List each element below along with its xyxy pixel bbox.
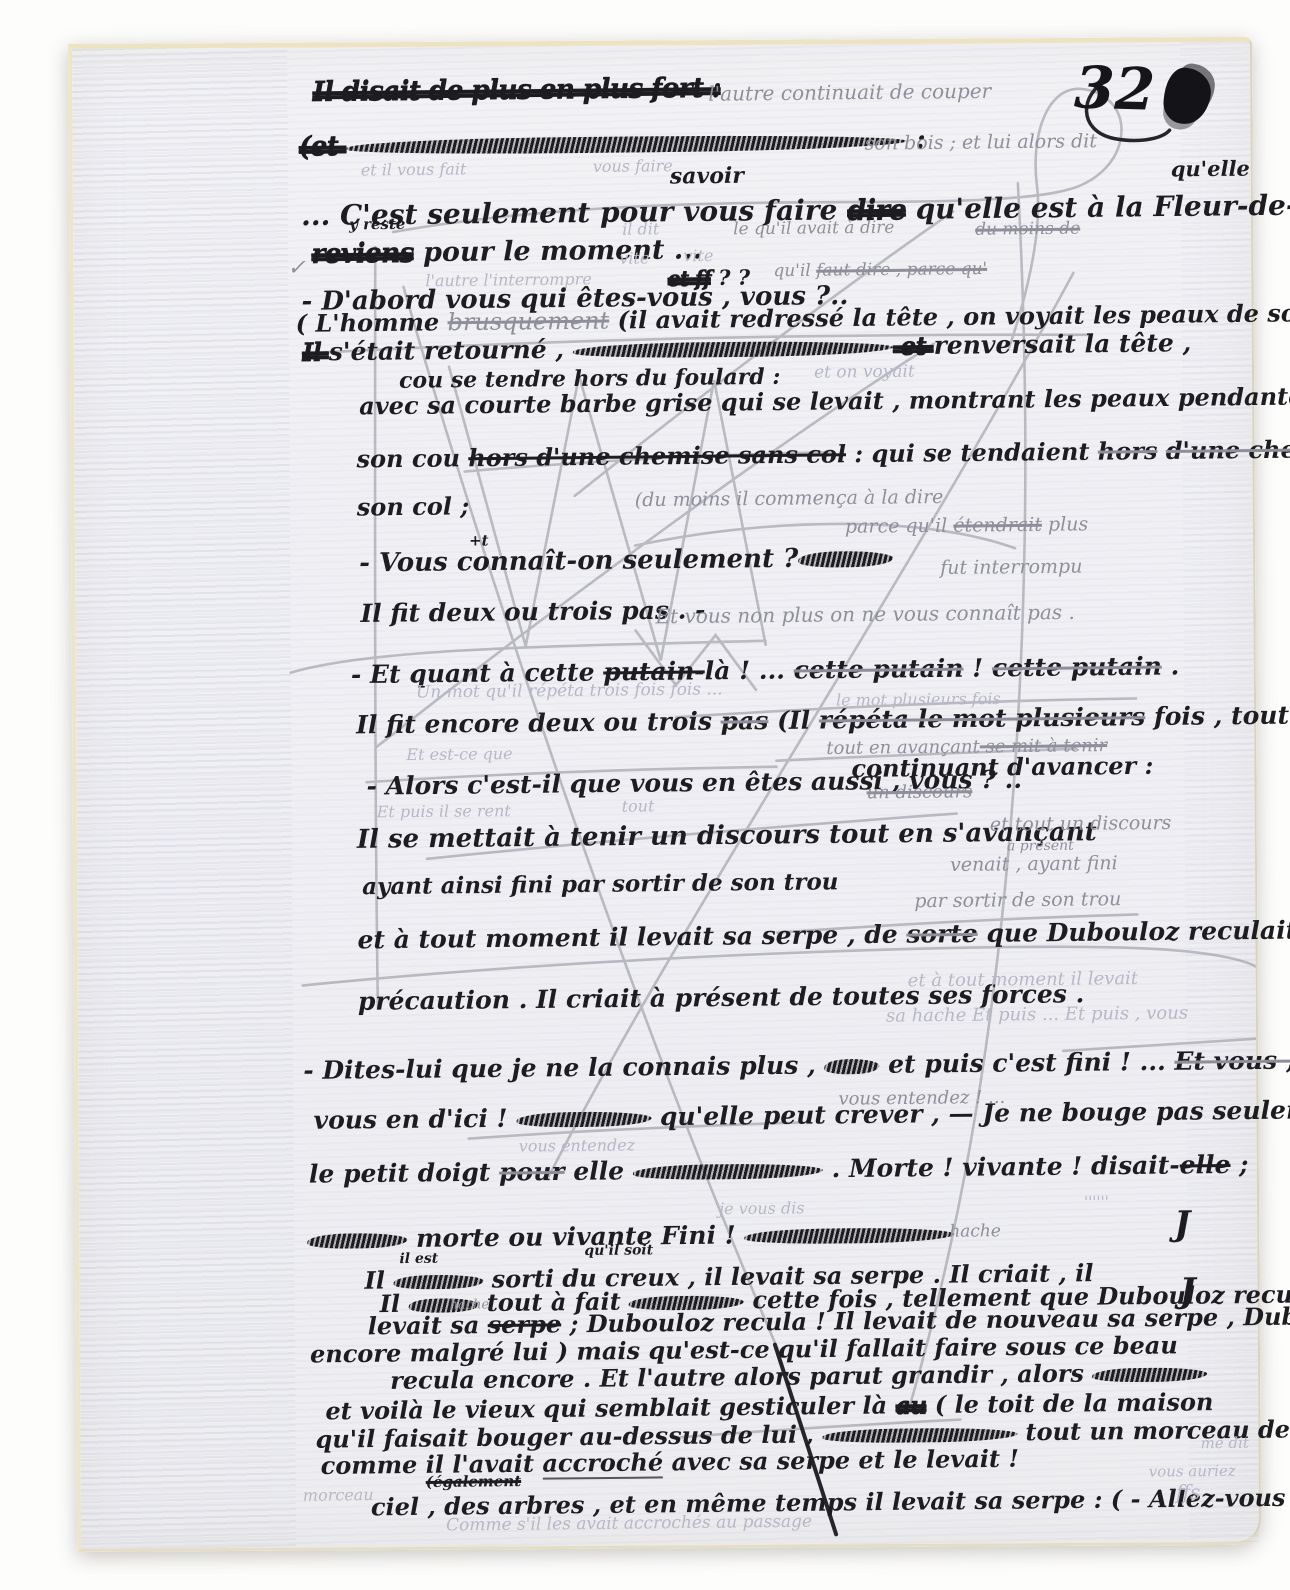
- handwriting-segment: il dit: [622, 219, 659, 238]
- manuscript-line: hache: [949, 1223, 1001, 1241]
- handwriting-segment: savoir: [670, 163, 744, 190]
- handwriting-segment: '''''': [1084, 1193, 1109, 1211]
- handwriting-segment: vous en d'ici !: [313, 1104, 516, 1135]
- manuscript-line: Et vous non plus on ne vous connaît pas …: [655, 602, 1075, 626]
- manuscript-line: morceau: [303, 1487, 374, 1504]
- handwriting-segment: renversait la tête ,: [933, 328, 1191, 360]
- manuscript-line: je vous dis: [719, 1200, 805, 1217]
- manuscript-line: Un mot qu'il répéta trois fois fois ...: [416, 681, 723, 701]
- manuscript-line: J: [1174, 1207, 1190, 1241]
- manuscript-line: son bois ; et lui alors dit: [865, 132, 1098, 153]
- handwriting-segment: venait , ayant fini: [950, 852, 1118, 876]
- handwriting-segment: vite: [619, 248, 649, 267]
- handwriting-segment: qu'elle: [1171, 156, 1250, 182]
- handwriting-segment: ayant ainsi fini par sortir de son trou: [362, 868, 839, 900]
- handwriting-segment: .: [1162, 651, 1180, 680]
- handwriting-segment: elle: [1180, 1150, 1231, 1180]
- handwriting-segment: parce qu'il: [845, 515, 954, 538]
- scanned-manuscript-photo: { "document": { "type": "handwritten man…: [0, 0, 1290, 1590]
- handwriting-segment: [736, 1220, 745, 1249]
- manuscript-line: tout: [622, 798, 655, 814]
- manuscript-line: '''''': [1084, 1195, 1109, 1210]
- manuscript-line: et tout un discours: [990, 814, 1172, 835]
- manuscript-line: vous auriez: [1149, 1464, 1236, 1480]
- manuscript-line: vous faire: [593, 158, 673, 175]
- handwriting-segment: pas: [720, 706, 768, 735]
- manuscript-line: y reste: [349, 217, 405, 233]
- handwriting-segment: ! ...: [730, 655, 794, 685]
- handwriting-segment: fois , tout en: [1145, 700, 1290, 731]
- handwriting-segment: je vous dis: [719, 1198, 805, 1218]
- ink-scribble: [824, 1059, 879, 1075]
- ink-scribble: [798, 551, 893, 568]
- handwriting-segment: accroché: [542, 1447, 663, 1479]
- handwriting-segment: (du moins il commença à la dire: [635, 486, 944, 511]
- handwriting-segment: et il vous fait: [361, 159, 467, 179]
- manuscript-line: (et :: [298, 126, 925, 160]
- manuscript-line: Et puis il se rent: [377, 803, 511, 820]
- ink-scribble: [307, 1233, 407, 1249]
- page-number: 32: [1073, 53, 1156, 123]
- handwriting-segment: hors: [1098, 436, 1158, 466]
- handwriting-segment: Je ne bouge pas seulement: [982, 1095, 1290, 1128]
- manuscript-line: et à tout moment il levait sa serpe , de…: [357, 917, 1290, 952]
- manuscript-line: son cou hors d'une chemise sans col : qu…: [356, 437, 1290, 471]
- handwriting-segment: vous faire: [593, 156, 673, 176]
- manuscript-line: fut interrompu: [940, 558, 1082, 578]
- handwriting-segment: le petit doigt: [309, 1158, 499, 1189]
- ink-blot: [1161, 65, 1214, 127]
- manuscript-line: vite: [619, 250, 649, 266]
- manuscript-line: Il disait de plus en plus fort :: [312, 74, 721, 105]
- handwriting-segment: sa hache Et puis ... Et puis , vous: [886, 1003, 1188, 1027]
- manuscript-line: il dit: [622, 221, 659, 237]
- manuscript-line: savoir: [670, 165, 744, 189]
- handwriting-segment: vous entendez: [519, 1135, 636, 1155]
- handwriting-segment: ffs: [1176, 1480, 1201, 1504]
- handwriting-segment: Il fit deux ou trois pas . -: [360, 595, 705, 628]
- handwriting-segment: Il disait de plus en plus fort :: [312, 72, 721, 107]
- handwriting-segment: : qui se tendaient: [846, 437, 1098, 469]
- handwriting-segment: Il se mettait à tenir un discours tout e…: [357, 817, 1097, 855]
- handwriting-segment: faut dire , parce qu': [816, 259, 987, 281]
- manuscript-line: à présent: [1007, 839, 1074, 854]
- handwriting-segment: Et vous , allez-: [1174, 1045, 1290, 1076]
- handwriting-segment: que Dubouloz reculait par: [978, 915, 1290, 948]
- handwriting-segment: au: [895, 1390, 926, 1419]
- manuscript-line: avec sa courte barbe grise qui se levait…: [359, 384, 1290, 418]
- handwriting-segment: . Morte ! vivante ! disait-: [823, 1150, 1180, 1183]
- handwriting-segment: s'était retourné ,: [329, 335, 573, 367]
- handwriting-segment: Un mot qu'il répéta trois fois fois ...: [416, 679, 723, 702]
- handwriting-segment: Et puis il se rent: [377, 801, 511, 821]
- handwriting-segment: tout: [622, 796, 655, 815]
- handwriting-segment: morceau: [303, 1485, 374, 1505]
- manuscript-line: Il fit deux ou trois pas . -: [360, 597, 705, 626]
- manuscript-line: (du moins il commença à la dire: [635, 488, 944, 510]
- handwriting-segment: Comme s'il les avait accrochés au passag…: [446, 1512, 812, 1536]
- handwriting-segment: tout un morceau de —: [1017, 1414, 1290, 1446]
- ink-scribble: [744, 1227, 954, 1244]
- manuscript-line: son col ;: [357, 494, 470, 519]
- handwriting-segment: le qu'il avait à dire: [733, 218, 894, 240]
- manuscript-line: Et est-ce que: [406, 746, 512, 763]
- handwriting-segment: !: [963, 653, 992, 682]
- manuscript-line: Il se mettait à tenir un discours tout e…: [357, 819, 1097, 853]
- ink-scribble: [633, 1163, 823, 1180]
- handwriting-segment: reviens: [311, 237, 414, 269]
- handwriting-segment: son bois ; et lui alors dit: [865, 130, 1098, 154]
- handwriting-segment: avec sa serpe et le levait !: [663, 1444, 1019, 1477]
- handwriting-segment: l'autre continuait de couper: [708, 79, 991, 106]
- manuscript-line: il est: [399, 1252, 438, 1266]
- ink-scribble: [1092, 1367, 1207, 1383]
- handwriting-segment: et à tout moment il levait: [908, 968, 1139, 991]
- handwriting-segment: Il: [302, 337, 329, 366]
- manuscript-line: - Vous connaît-on seulement ?: [359, 545, 893, 577]
- manuscript-line: et il vous fait: [361, 161, 467, 178]
- handwriting-segment: fut interrompu: [940, 556, 1082, 579]
- handwriting-segment: du moins de: [975, 219, 1080, 240]
- manuscript-line: Il fit encore deux ou trois pas (Il répé…: [356, 702, 1290, 737]
- manuscript-line: Il s'était retourné , et renversait la t…: [302, 330, 1192, 364]
- manuscript-line: me dit: [1200, 1436, 1248, 1452]
- handwriting-segment: plus: [1042, 513, 1089, 535]
- handwriting-segment: qu'elle peut crever , —: [651, 1099, 982, 1131]
- handwriting-segment: Il fit encore deux ou trois: [356, 707, 721, 740]
- handwriting-segment: et on voyait: [814, 362, 915, 383]
- handwriting-segment: et tout un discours: [990, 812, 1172, 836]
- manuscript-line: ✓: [287, 258, 306, 280]
- manuscript-line: ffs: [1176, 1482, 1201, 1502]
- handwriting-segment: (Il: [768, 706, 819, 736]
- handwriting-segment: par sortir de son trou: [914, 888, 1121, 912]
- handwriting-segment: Et vous non plus on ne vous connaît pas …: [655, 600, 1075, 628]
- handwriting-segment: et: [893, 331, 934, 360]
- manuscript-line: vite: [683, 248, 713, 264]
- ink-scribble: [346, 133, 906, 155]
- handwriting-segment: pour le moment ...: [413, 234, 702, 268]
- handwriting-segment: y reste: [349, 215, 405, 234]
- handwriting-segment: et puis c'est fini ! ...: [879, 1047, 1174, 1079]
- manuscript-line: vous entendez: [519, 1137, 636, 1154]
- ink-scribble: [822, 1427, 1017, 1443]
- handwriting-segment: pour: [499, 1157, 565, 1187]
- handwriting-segment: cette putain: [793, 654, 963, 685]
- bleed-through-left: [72, 48, 296, 1549]
- handwriting-layer: Il disait de plus en plus fort :l'autre …: [72, 42, 1250, 49]
- handwriting-segment: son cou: [356, 443, 468, 473]
- ink-scribble: [516, 1111, 651, 1127]
- handwriting-segment: qu'il: [773, 261, 816, 281]
- handwriting-segment: J: [1174, 1204, 1191, 1244]
- handwriting-segment: - Vous connaît-on seulement ?: [359, 544, 798, 579]
- handwriting-segment: ( L'homme: [296, 307, 448, 338]
- handwriting-segment: me dit: [1200, 1434, 1248, 1453]
- handwriting-segment: d'une chemise: [1166, 434, 1290, 465]
- manuscript-line: du moins de: [975, 221, 1080, 239]
- ink-scribble: [393, 1274, 483, 1289]
- manuscript-line: sa hache Et puis ... Et puis , vous: [886, 1005, 1188, 1026]
- handwriting-segment: Fini !: [661, 1220, 736, 1250]
- handwriting-segment: ( le toit de la maison: [926, 1387, 1213, 1419]
- handwriting-segment: brusquement: [447, 307, 609, 337]
- handwriting-segment: elle: [564, 1156, 633, 1186]
- handwriting-segment: serpe: [488, 1309, 562, 1339]
- handwriting-segment: hors d'une chemise sans col: [468, 439, 846, 472]
- manuscript-line: le mot plusieurs fois: [836, 691, 1001, 709]
- handwriting-segment: ;: [1230, 1150, 1248, 1179]
- handwriting-segment: vite: [683, 246, 713, 265]
- manuscript-page: 32 Il disait de plus en plus fort :l'aut…: [68, 37, 1261, 1552]
- manuscript-line: Comme s'il les avait accrochés au passag…: [446, 1514, 812, 1535]
- handwriting-segment: un discours: [866, 781, 972, 803]
- handwriting-segment: hache: [949, 1221, 1001, 1242]
- handwriting-segment: étendrait: [953, 514, 1042, 537]
- manuscript-line: ayant ainsi fini par sortir de son trou: [362, 870, 839, 899]
- handwriting-segment: son col ;: [357, 491, 470, 521]
- handwriting-segment: qu'il soit: [584, 1242, 653, 1259]
- handwriting-segment: qu'elle est à la Fleur-de-Lys , et: [906, 187, 1290, 225]
- ink-scribble: [573, 340, 893, 358]
- handwriting-segment: sorte: [906, 919, 978, 949]
- handwriting-segment: - Dites-lui que je ne la connais plus ,: [303, 1050, 824, 1084]
- manuscript-line: parce qu'il étendrait plus: [845, 515, 1088, 537]
- handwriting-segment: et à tout moment il levait sa serpe , de: [357, 920, 906, 955]
- manuscript-line: par sortir de son trou: [914, 890, 1121, 911]
- manuscript-line: (également: [426, 1474, 521, 1490]
- manuscript-line: qu'il faut dire , parce qu': [773, 261, 987, 280]
- handwriting-segment: il est: [399, 1251, 438, 1267]
- manuscript-line: le petit doigt pour elle . Morte ! vivan…: [309, 1152, 1249, 1187]
- handwriting-segment: (et: [298, 130, 346, 161]
- manuscript-line: l'autre continuait de couper: [708, 81, 991, 104]
- manuscript-line: et à tout moment il levait: [908, 970, 1139, 990]
- handwriting-segment: levait sa: [368, 1310, 488, 1340]
- handwriting-segment: Et est-ce que: [406, 744, 512, 764]
- handwriting-segment: cette putain: [992, 652, 1162, 683]
- manuscript-line: qu'elle: [1171, 158, 1250, 181]
- handwriting-segment: (également: [426, 1472, 522, 1491]
- handwriting-segment: le mot plusieurs fois: [836, 689, 1001, 710]
- manuscript-line: le qu'il avait à dire: [733, 220, 894, 239]
- handwriting-segment: ✓: [287, 256, 306, 281]
- manuscript-line: venait , ayant fini: [950, 854, 1118, 875]
- manuscript-line: et on voyait: [814, 364, 915, 382]
- manuscript-line: - Dites-lui que je ne la connais plus , …: [303, 1047, 1290, 1083]
- manuscript-line: vous en d'ici ! qu'elle peut crever , — …: [313, 1097, 1290, 1133]
- manuscript-line: qu'il soit: [584, 1243, 653, 1258]
- handwriting-segment: vous auriez: [1149, 1462, 1236, 1481]
- manuscript-line: un discours: [866, 783, 972, 802]
